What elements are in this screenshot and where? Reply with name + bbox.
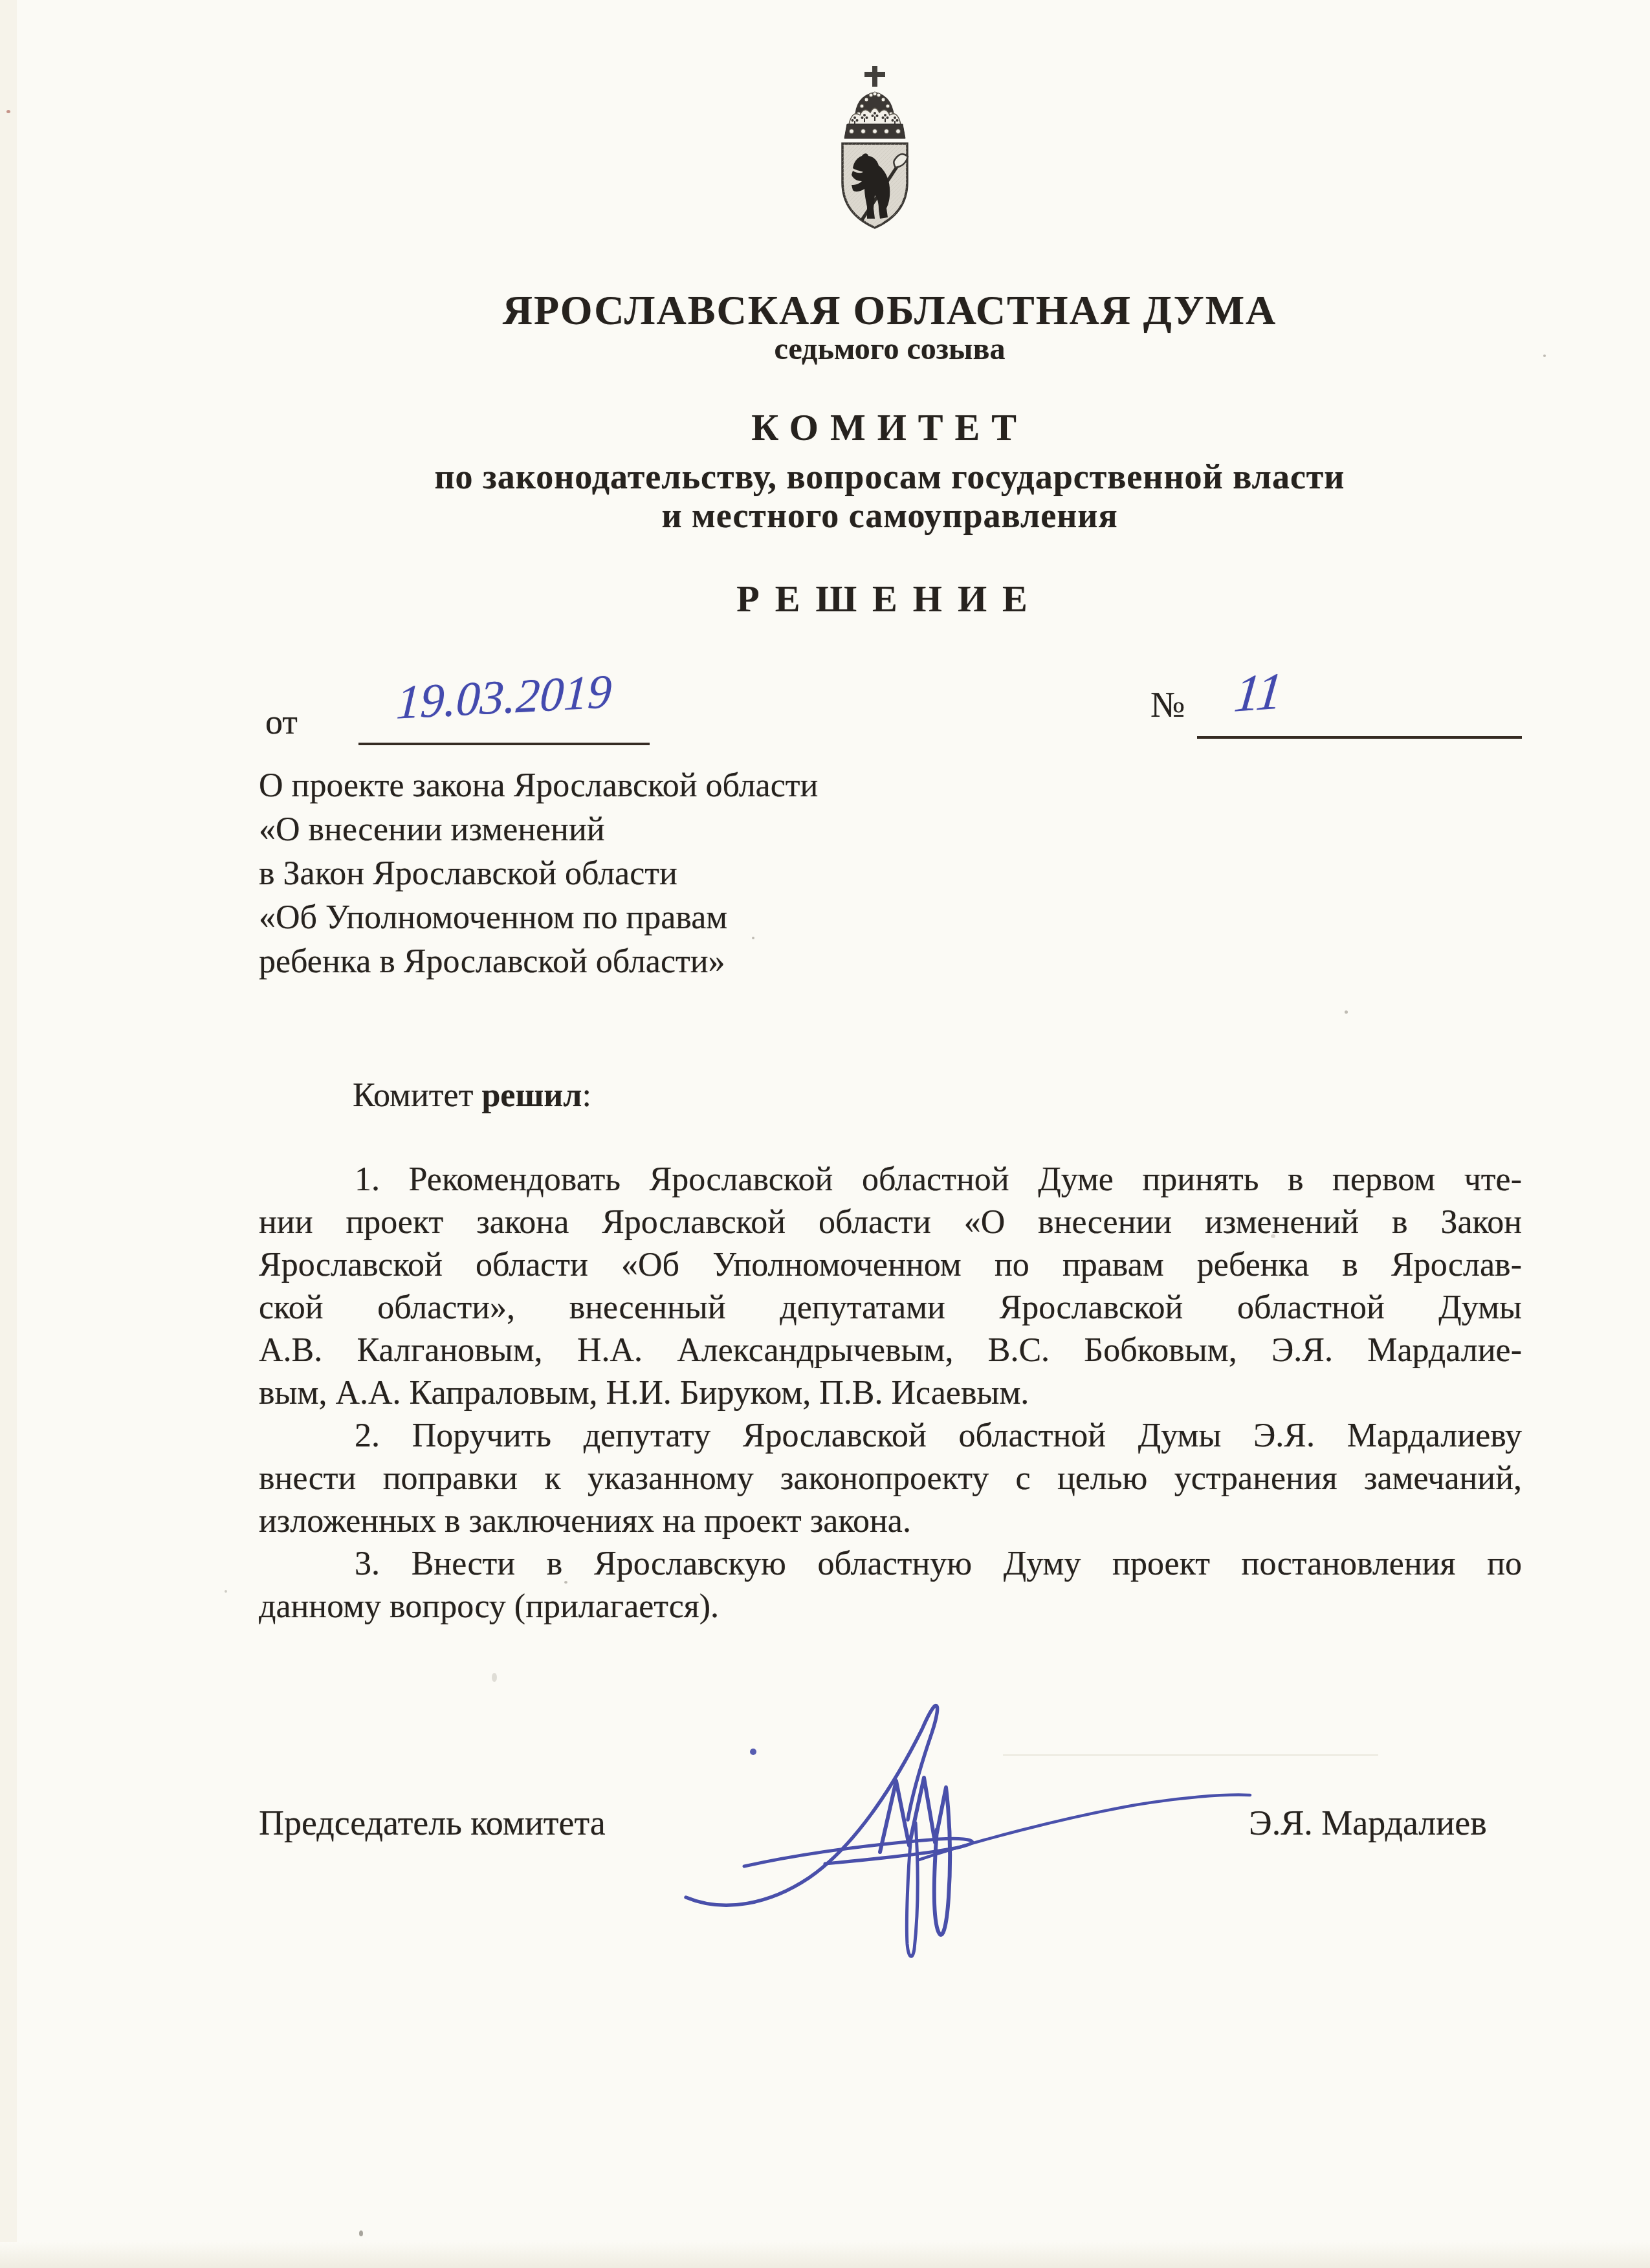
handwritten-number: 11 [1231, 662, 1286, 725]
body-line: изложенных в заключениях на проект закон… [259, 1500, 1522, 1543]
number-underline [1197, 736, 1522, 739]
crown-cross-icon [864, 66, 885, 87]
paragraph: 1. Рекомендовать Ярославской областной Д… [259, 1159, 1522, 1415]
subject-line: «О внесении изменений [259, 808, 1165, 852]
body-line: внести поправки к указанному законопроек… [259, 1457, 1522, 1500]
scan-speck [564, 1581, 567, 1584]
subject-block: О проекте закона Ярославской области«О в… [259, 764, 1165, 984]
scan-smudge [1271, 1234, 1275, 1238]
scanned-document-page: ЯРОСЛАВСКАЯ ОБЛАСТНАЯ ДУМА седьмого созы… [0, 0, 1650, 2268]
signature-position-label: Председатель комитета [259, 1804, 606, 1842]
body-line: нии проект закона Ярославской области «О… [259, 1201, 1522, 1244]
subject-line: ребенка в Ярославской области» [259, 940, 1165, 984]
body-paragraphs: 1. Рекомендовать Ярославской областной Д… [259, 1159, 1522, 1628]
body-line: Ярославской области «Об Уполномоченном п… [259, 1244, 1522, 1287]
scan-speck-red [6, 110, 10, 113]
scan-smudge [492, 1673, 497, 1682]
committee-description-line1: по законодательству, вопросам государств… [259, 457, 1521, 496]
body-line: А.В. Калгановым, Н.А. Александрычевым, В… [259, 1329, 1522, 1372]
body-line: ской области», внесенный депутатами Ярос… [259, 1287, 1522, 1329]
signature-ink-dot [750, 1749, 756, 1755]
resolution-intro-prefix: Комитет [353, 1077, 481, 1114]
scan-speck [225, 1590, 227, 1593]
scan-bottom-edge-shade [0, 2242, 1650, 2268]
convocation: седьмого созыва [259, 333, 1521, 366]
committee-description-line2: и местного самоуправления [259, 496, 1521, 535]
scan-speck [1543, 354, 1546, 357]
scan-speck [359, 2230, 363, 2236]
yaroslavl-coat-of-arms-icon [823, 65, 927, 239]
body-line: 2. Поручить депутату Ярославской областн… [259, 1415, 1522, 1457]
paragraph: 2. Поручить депутату Ярославской областн… [259, 1415, 1522, 1543]
resolution-intro: Комитет решил: [353, 1076, 591, 1115]
resolution-intro-verb: решил [481, 1077, 582, 1114]
resolution-intro-colon: : [582, 1077, 591, 1114]
scan-speck [752, 937, 754, 939]
subject-line: в Закон Ярославской области [259, 852, 1165, 896]
subject-line: «Об Уполномоченном по правам [259, 896, 1165, 940]
date-label: от [265, 702, 298, 742]
doc-type-heading: РЕШЕНИЕ [259, 579, 1521, 619]
scan-crease [1003, 1754, 1378, 1756]
body-line: 3. Внести в Ярославскую областную Думу п… [259, 1543, 1522, 1586]
subject-line: О проекте закона Ярославской области [259, 764, 1165, 808]
org-name: ЯРОСЛАВСКАЯ ОБЛАСТНАЯ ДУМА [259, 288, 1521, 333]
committee-heading: КОМИТЕТ [259, 408, 1521, 448]
body-line: данному вопросу (прилагается). [259, 1586, 1522, 1628]
scan-speck [1345, 1010, 1348, 1014]
body-line: 1. Рекомендовать Ярославской областной Д… [259, 1159, 1522, 1201]
scan-left-edge-shade [0, 0, 17, 2268]
number-label: № [1150, 684, 1185, 726]
handwritten-date: 19.03.2019 [358, 662, 650, 733]
paragraph: 3. Внести в Ярославскую областную Думу п… [259, 1543, 1522, 1628]
date-underline [358, 743, 650, 745]
signee-name: Э.Я. Мардалиев [1249, 1804, 1521, 1842]
handwritten-signature [660, 1687, 1281, 1965]
body-line: вым, А.А. Капраловым, Н.И. Бируком, П.В.… [259, 1372, 1522, 1415]
